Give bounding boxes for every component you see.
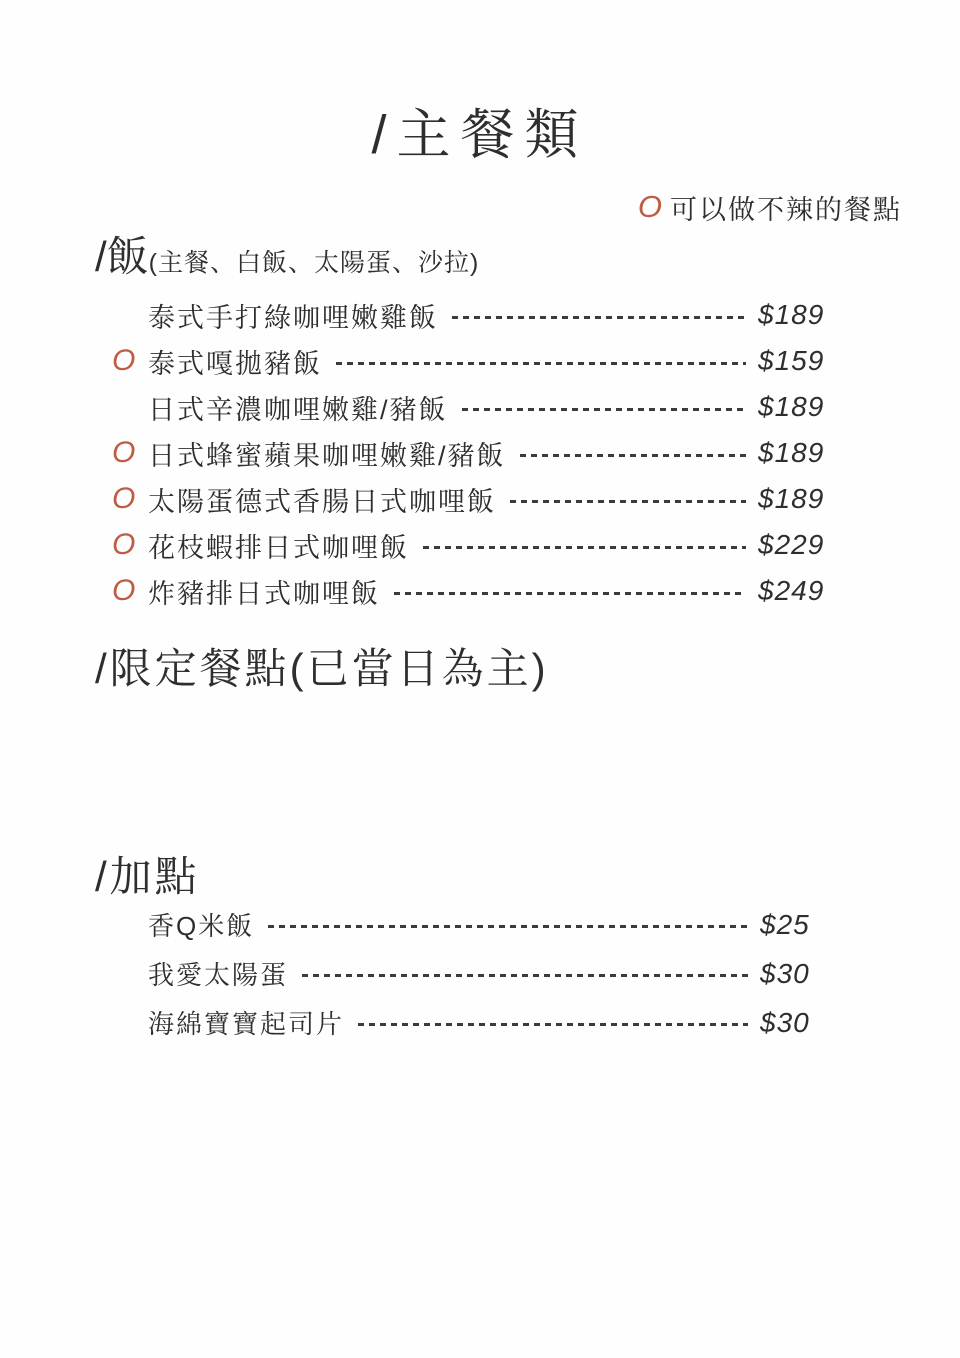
item-price: $189: [758, 483, 838, 515]
item-price: $30: [760, 1007, 840, 1039]
no-spice-note: O 可以做不辣的餐點: [638, 188, 902, 227]
item-name: 花枝蝦排日式咖哩飯: [148, 526, 409, 565]
circle-marker-icon: O: [112, 438, 148, 468]
menu-item-row: 海綿寶寶起司片 $30: [148, 998, 840, 1047]
item-name: 日式辛濃咖哩嫩雞/豬飯: [148, 388, 448, 427]
no-spice-note-text: 可以做不辣的餐點: [670, 188, 902, 227]
section-heading-rice-sub: (主餐、白飯、太陽蛋、沙拉): [149, 249, 480, 277]
item-price: $189: [758, 299, 838, 331]
item-price: $229: [758, 529, 838, 561]
dotted-leader: [510, 500, 746, 503]
item-name: 炸豬排日式咖哩飯: [148, 572, 380, 611]
menu-page: /主餐類 O 可以做不辣的餐點 /飯(主餐、白飯、太陽蛋、沙拉) 泰式手打綠咖哩…: [0, 0, 960, 1358]
dotted-leader: [520, 454, 746, 457]
item-name: 香Q米飯: [148, 906, 254, 943]
menu-item-row: O 日式蜂蜜蘋果咖哩嫩雞/豬飯 $189: [112, 430, 838, 476]
dotted-leader: [336, 362, 746, 365]
dotted-leader: [452, 316, 746, 319]
dotted-leader: [268, 925, 748, 928]
rice-item-list: 泰式手打綠咖哩嫩雞飯 $189 O 泰式嘎拋豬飯 $159 日式辛濃咖哩嫩雞/豬…: [112, 292, 838, 614]
circle-marker-icon: O: [112, 530, 148, 560]
item-price: $249: [758, 575, 838, 607]
item-name: 泰式手打綠咖哩嫩雞飯: [148, 296, 438, 335]
dotted-leader: [462, 408, 746, 411]
page-title: /主餐類: [0, 92, 960, 169]
menu-item-row: O 泰式嘎拋豬飯 $159: [112, 338, 838, 384]
item-price: $189: [758, 391, 838, 423]
menu-item-row: 香Q米飯 $25: [148, 900, 840, 949]
item-name: 我愛太陽蛋: [148, 955, 288, 992]
item-name: 泰式嘎拋豬飯: [148, 342, 322, 381]
circle-marker-icon: O: [638, 191, 664, 222]
dotted-leader: [302, 974, 748, 977]
menu-item-row: 泰式手打綠咖哩嫩雞飯 $189: [112, 292, 838, 338]
dotted-leader: [394, 592, 746, 595]
section-heading-addons: /加點: [95, 844, 200, 904]
menu-item-row: O 炸豬排日式咖哩飯 $249: [112, 568, 838, 614]
menu-item-row: 我愛太陽蛋 $30: [148, 949, 840, 998]
menu-item-row: O 花枝蝦排日式咖哩飯 $229: [112, 522, 838, 568]
item-name: 海綿寶寶起司片: [148, 1004, 344, 1041]
circle-marker-icon: O: [112, 576, 148, 606]
item-name: 太陽蛋德式香腸日式咖哩飯: [148, 480, 496, 519]
section-heading-rice-main: /飯: [95, 233, 149, 280]
menu-item-row: 日式辛濃咖哩嫩雞/豬飯 $189: [112, 384, 838, 430]
addon-item-list: 香Q米飯 $25 我愛太陽蛋 $30 海綿寶寶起司片 $30: [148, 900, 840, 1047]
item-price: $25: [760, 909, 840, 941]
item-price: $30: [760, 958, 840, 990]
item-name: 日式蜂蜜蘋果咖哩嫩雞/豬飯: [148, 434, 506, 473]
menu-item-row: O 太陽蛋德式香腸日式咖哩飯 $189: [112, 476, 838, 522]
item-price: $159: [758, 345, 838, 377]
section-heading-limited: /限定餐點(已當日為主): [95, 636, 549, 696]
section-heading-rice: /飯(主餐、白飯、太陽蛋、沙拉): [95, 224, 479, 284]
item-price: $189: [758, 437, 838, 469]
circle-marker-icon: O: [112, 484, 148, 514]
dotted-leader: [423, 546, 746, 549]
circle-marker-icon: O: [112, 346, 148, 376]
dotted-leader: [358, 1023, 748, 1026]
